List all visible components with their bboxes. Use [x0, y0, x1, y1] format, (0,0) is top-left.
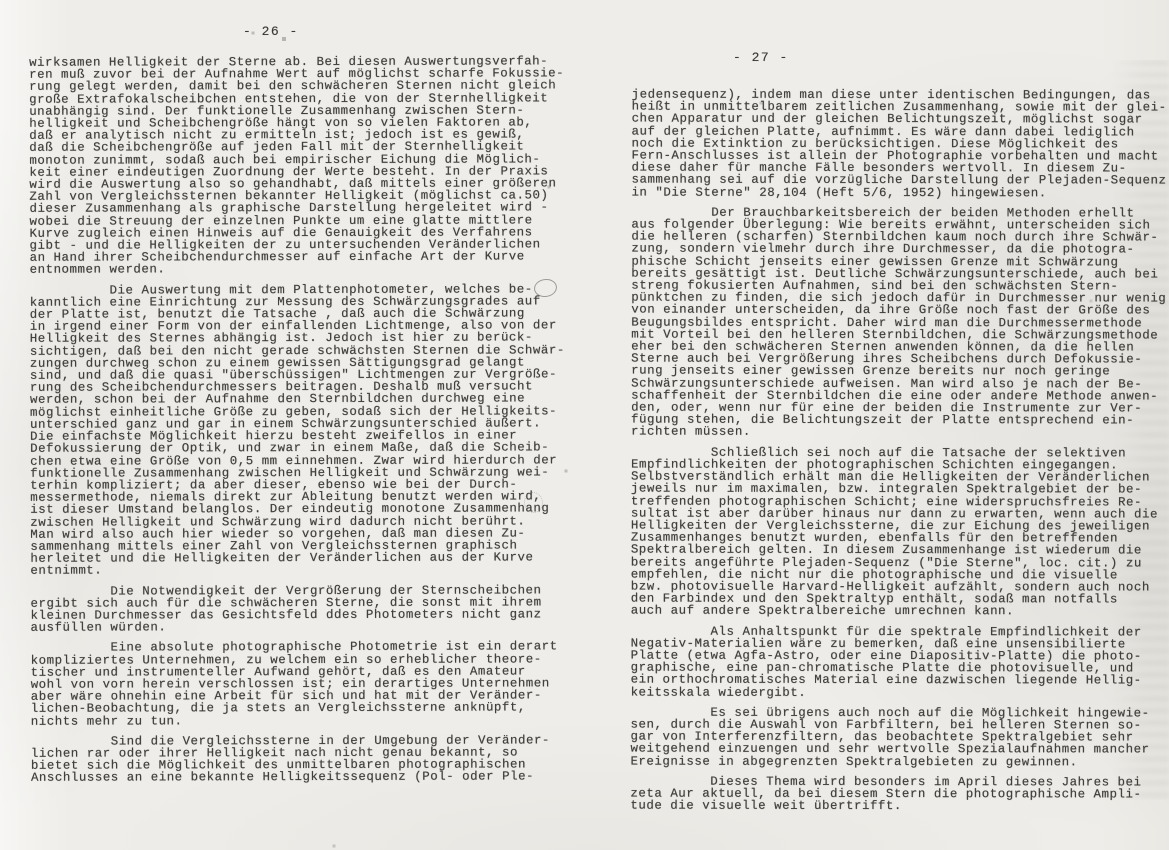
page-26: wirksamen Helligkeit der Sterne ab. Bei … [29, 55, 579, 784]
paragraph: Die Auswertung mit dem Plattenphotometer… [30, 283, 579, 577]
paragraph: Als Anhaltspunkt für die spektrale Empfi… [631, 625, 1156, 699]
paragraph: Der Brauchbarkeitsbereich der beiden Met… [631, 206, 1156, 439]
scanned-document: { "document": { "language": "German", "p… [0, 0, 1169, 850]
paragraph: Schließlich sei noch auf die Tatsache de… [631, 446, 1156, 618]
paragraph: Es sei übrigens auch noch auf die Möglic… [630, 706, 1155, 768]
page-number-26: - 26 - [243, 24, 299, 39]
paragraph: jedensequenz), indem man diese unter ide… [631, 89, 1156, 200]
paragraph: wirksamen Helligkeit der Sterne ab. Bei … [29, 55, 578, 276]
paragraph: Dieses Thema wird besonders im April die… [630, 775, 1155, 813]
photocopy-specks [0, 0, 2, 2]
paragraph: Sind die Vergleichssterne in der Umgebun… [31, 734, 579, 784]
page-27: jedensequenz), indem man diese unter ide… [630, 89, 1156, 813]
page-number-27: - 27 - [733, 50, 789, 65]
paragraph: Eine absolute photographische Photometri… [31, 641, 579, 728]
paragraph: Die Notwendigkeit der Vergrößerung der S… [30, 584, 578, 634]
